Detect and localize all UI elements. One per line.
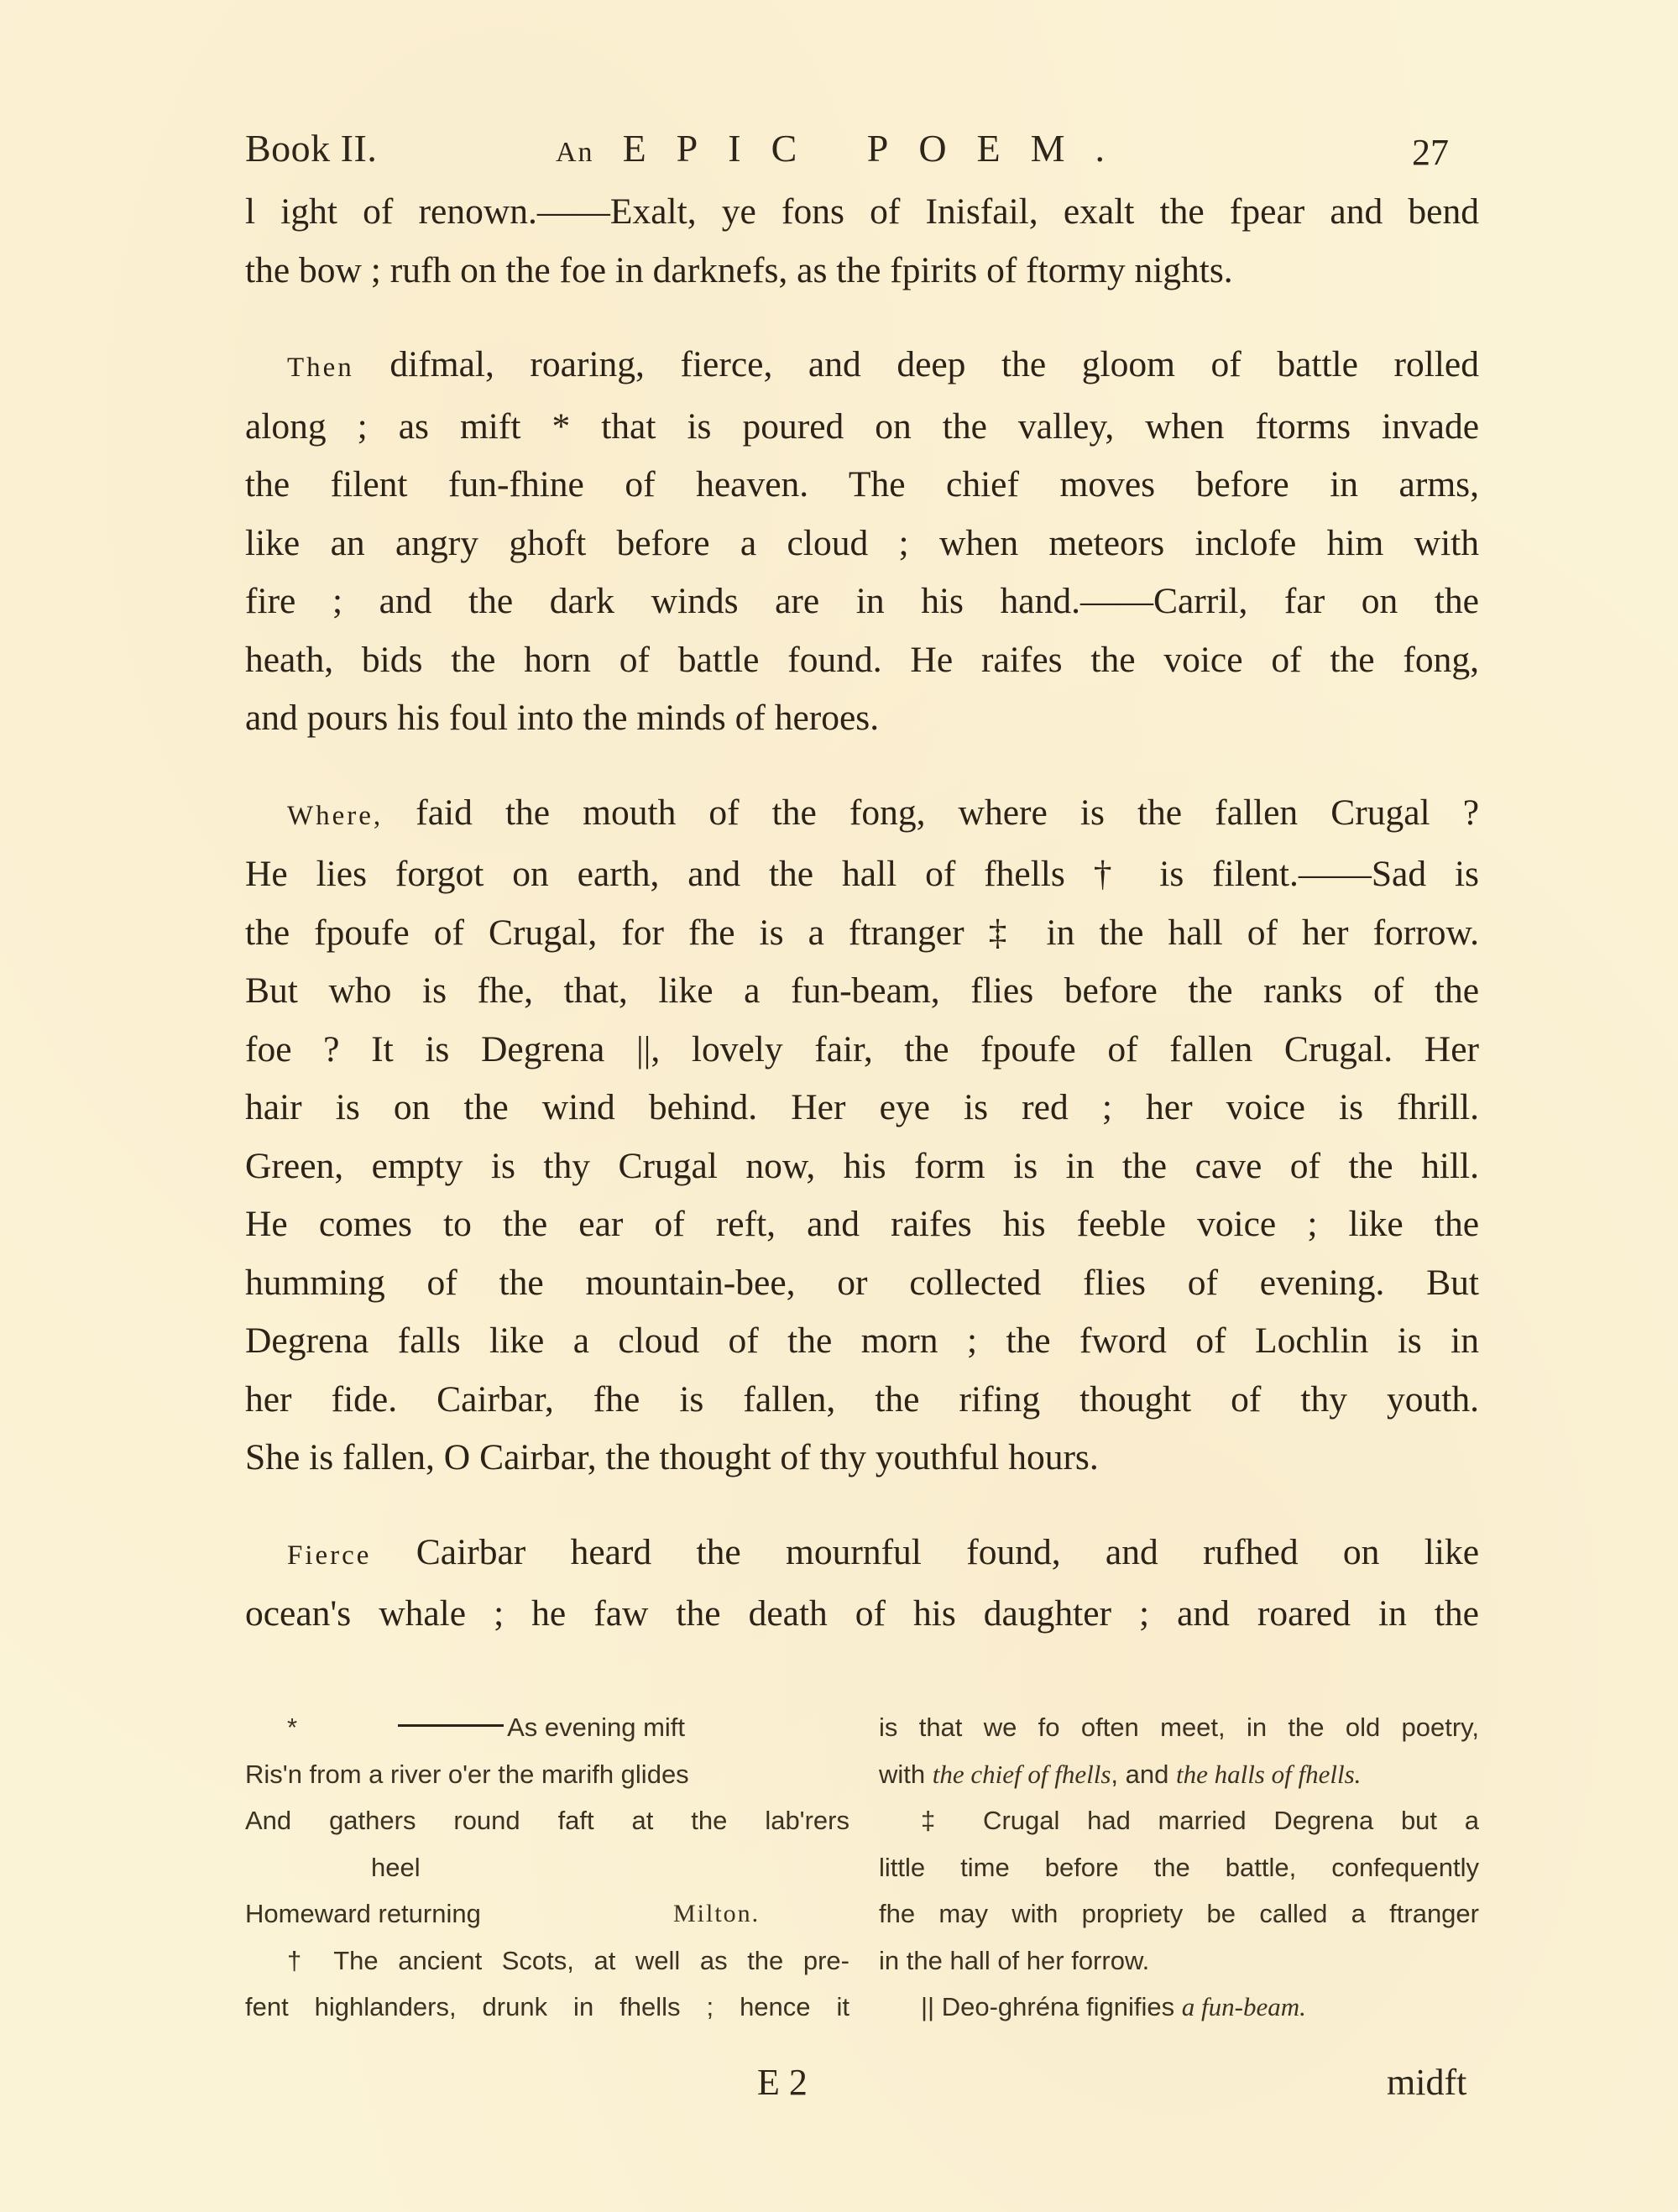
footnote-line: fent highlanders, drunk in fhells ; henc… bbox=[245, 1984, 849, 2031]
dash-rule bbox=[398, 1724, 504, 1727]
text-line: the filent fun-fhine of heaven. The chie… bbox=[245, 456, 1479, 515]
text-line: She is fallen, O Cairbar, the thought of… bbox=[245, 1429, 1479, 1488]
footnote-line: little time before the battle, confequen… bbox=[879, 1844, 1479, 1891]
text-line: He lies forgot on earth, and the hall of… bbox=[245, 845, 1479, 904]
page-number: 27 bbox=[1412, 131, 1449, 174]
footnote-column-left: *As evening mift Ris'n from a river o'er… bbox=[245, 1704, 849, 2031]
small-caps-lead: Where, bbox=[287, 801, 383, 831]
attribution: Milton. bbox=[673, 1890, 760, 1937]
running-head: Book II. AnEPIC POEM. 27 bbox=[245, 126, 1479, 185]
text-line: Degrena falls like a cloud of the morn ;… bbox=[245, 1312, 1479, 1371]
running-title-rest: EPIC POEM. bbox=[623, 127, 1135, 170]
footnote-line: || Deo-ghréna fignifies a fun-beam. bbox=[879, 1984, 1479, 2031]
book-label: Book II. bbox=[245, 126, 377, 170]
text-line: He comes to the ear of reft, and raifes … bbox=[245, 1195, 1479, 1254]
footnote-line: Ris'n from a river o'er the marifh glide… bbox=[245, 1751, 849, 1798]
paragraph: Then difmal, roaring, fierce, and deep t… bbox=[245, 336, 1479, 748]
text-line: ocean's whale ; he faw the death of his … bbox=[245, 1585, 1479, 1644]
footnote-line: is that we fo often meet, in the old poe… bbox=[879, 1704, 1479, 1751]
text-line: and pours his foul into the minds of her… bbox=[245, 689, 1479, 748]
footnote-column-right: is that we fo often meet, in the old poe… bbox=[879, 1704, 1479, 2031]
footnote-mark-asterisk: * bbox=[245, 1713, 297, 1742]
text-line: her fide. Cairbar, fhe is fallen, the ri… bbox=[245, 1371, 1479, 1430]
text-line: like an angry ghoft before a cloud ; whe… bbox=[245, 515, 1479, 573]
text-line: But who is fhe, that, like a fun-beam, f… bbox=[245, 962, 1479, 1021]
text-line: Green, empty is thy Crugal now, his form… bbox=[245, 1137, 1479, 1196]
running-title-lead: An bbox=[556, 137, 594, 168]
text-line: heath, bids the horn of battle found. He… bbox=[245, 631, 1479, 690]
paragraph: l ight of renown.——Exalt, ye fons of Ini… bbox=[245, 183, 1479, 300]
footnote-line: And gathers round faft at the lab'rers bbox=[245, 1797, 849, 1844]
catchword: midft bbox=[1387, 2061, 1466, 2104]
small-caps-lead: Then bbox=[287, 353, 354, 383]
text-line: the bow ; rufh on the foe in darknefs, a… bbox=[245, 242, 1479, 301]
footnote-line: Homeward returningMilton. bbox=[245, 1890, 849, 1937]
footnote-quote-first: *As evening mift bbox=[245, 1704, 849, 1751]
text-line: Fierce Cairbar heard the mournful found,… bbox=[245, 1524, 1479, 1586]
footnote-line: † The ancient Scots, at well as the pre- bbox=[245, 1937, 849, 1985]
page-footer: E 2 midft bbox=[245, 2061, 1479, 2120]
main-text: l ight of renown.——Exalt, ye fons of Ini… bbox=[245, 183, 1479, 1644]
paragraph: Fierce Cairbar heard the mournful found,… bbox=[245, 1524, 1479, 1644]
paragraph: Where, faid the mouth of the fong, where… bbox=[245, 784, 1479, 1488]
text-line: foe ? It is Degrena ||, lovely fair, the… bbox=[245, 1021, 1479, 1080]
footnote-line: in the hall of her forrow. bbox=[879, 1937, 1479, 1985]
footnote-line: with the chief of fhells, and the halls … bbox=[879, 1751, 1479, 1798]
footnote-line: heel bbox=[245, 1844, 849, 1891]
text-line: hair is on the wind behind. Her eye is r… bbox=[245, 1079, 1479, 1137]
text-line: humming of the mountain-bee, or collecte… bbox=[245, 1254, 1479, 1313]
signature-mark: E 2 bbox=[757, 2061, 808, 2104]
text-line: Where, faid the mouth of the fong, where… bbox=[245, 784, 1479, 846]
text-line: l ight of renown.——Exalt, ye fons of Ini… bbox=[245, 183, 1479, 242]
footnote-line: ‡ Crugal had married Degrena but a bbox=[879, 1797, 1479, 1844]
text-line: Then difmal, roaring, fierce, and deep t… bbox=[245, 336, 1479, 398]
running-title: AnEPIC POEM. bbox=[556, 126, 1135, 170]
text-line: fire ; and the dark winds are in his han… bbox=[245, 573, 1479, 631]
text-line: the fpoufe of Crugal, for fhe is a ftran… bbox=[245, 904, 1479, 963]
text-line: along ; as mift * that is poured on the … bbox=[245, 398, 1479, 457]
small-caps-lead: Fierce bbox=[287, 1540, 371, 1571]
footnote-line: fhe may with propriety be called a ftran… bbox=[879, 1890, 1479, 1937]
